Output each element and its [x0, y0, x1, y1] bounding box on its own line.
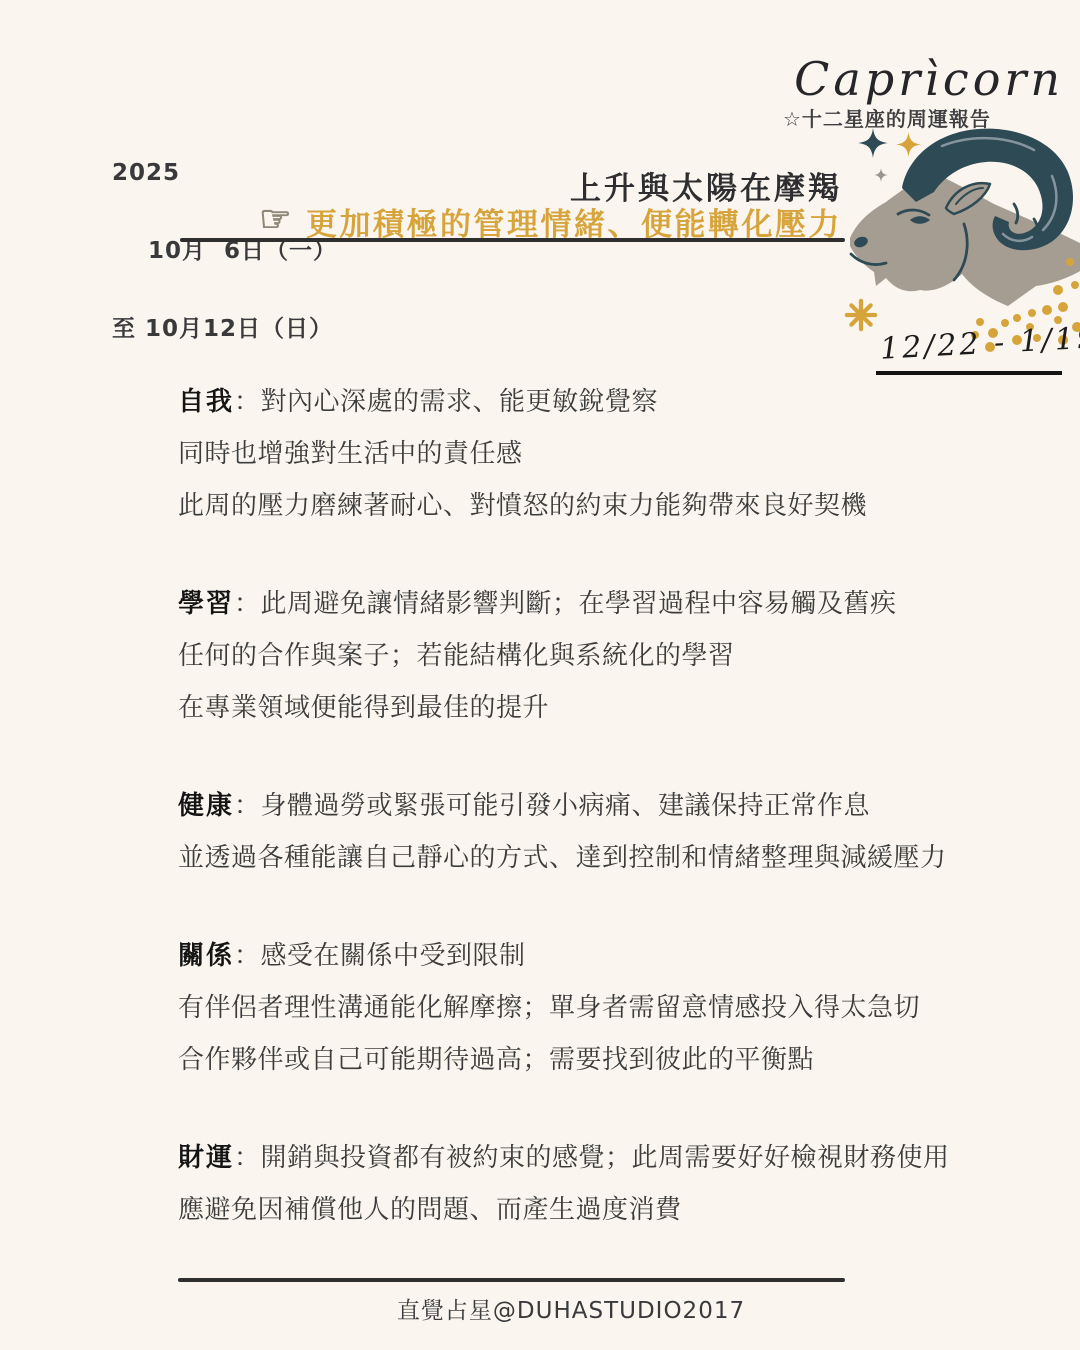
section-line: ：身體過勞或緊張可能引發小病痛、建議保持正常作息: [234, 791, 870, 821]
sparkle-icon: [874, 168, 888, 182]
section-health: 健康：身體過勞或緊張可能引發小病痛、建議保持正常作息 並透過各種能讓自己靜心的方…: [178, 780, 978, 884]
pointing-finger-icon: ☞: [259, 199, 294, 240]
section-line: 並透過各種能讓自己靜心的方式、達到控制和情緒整理與減緩壓力: [178, 832, 978, 884]
section-line: 任何的合作與案子；若能結構化與系統化的學習: [178, 630, 978, 682]
section-label: 關係: [178, 941, 234, 971]
year-label: 2025: [112, 160, 337, 186]
section-self: 自我：對內心深處的需求、能更敏銳覺察 同時也增強對生活中的責任感 此周的壓力磨練…: [178, 376, 978, 532]
section-relationship: 關係：感受在關係中受到限制 有伴侶者理性溝通能化解摩擦；單身者需留意情感投入得太…: [178, 930, 978, 1086]
section-line: ：此周避免讓情緒影響判斷；在學習過程中容易觸及舊疾: [234, 589, 897, 619]
footer-credit: 直覺占星@DUHASTUDIO2017: [397, 1292, 745, 1325]
section-line: 此周的壓力磨練著耐心、對憤怒的約束力能夠帶來良好契機: [178, 480, 978, 532]
header-divider: [180, 238, 845, 242]
section-study: 學習：此周避免讓情緒影響判斷；在學習過程中容易觸及舊疾 任何的合作與案子；若能結…: [178, 578, 978, 734]
section-label: 健康: [178, 791, 234, 821]
section-label: 學習: [178, 589, 234, 619]
sign-title: Caprìcorn: [794, 52, 1064, 106]
section-line: ：感受在關係中受到限制: [234, 941, 526, 971]
section-line: ：開銷與投資都有被約束的感覺；此周需要好好檢視財務使用: [234, 1143, 950, 1173]
forecast-content: 自我：對內心深處的需求、能更敏銳覺察 同時也增強對生活中的責任感 此周的壓力磨練…: [178, 376, 978, 1282]
section-line: 應避免因補償他人的問題、而產生過度消費: [178, 1184, 978, 1236]
sparkle-icon: [858, 128, 888, 158]
section-line: 同時也增強對生活中的責任感: [178, 428, 978, 480]
sign-date-underline: [876, 371, 1062, 375]
horoscope-poster: Caprìcorn ☆十二星座的周運報告 2025 10月 6日（一） 至 10…: [0, 0, 1080, 1350]
section-label: 自我: [178, 387, 234, 417]
section-line: 在專業領域便能得到最佳的提升: [178, 682, 978, 734]
week-end-date: 至 10月12日（日）: [112, 316, 337, 342]
section-wealth: 財運：開銷與投資都有被約束的感覺；此周需要好好檢視財務使用 應避免因補償他人的問…: [178, 1132, 978, 1236]
sparkle-icon: [896, 132, 921, 157]
section-line: 有伴侶者理性溝通能化解摩擦；單身者需留意情感投入得太急切: [178, 982, 978, 1034]
section-line: 合作夥伴或自己可能期待過高；需要找到彼此的平衡點: [178, 1034, 978, 1086]
section-line: ：對內心深處的需求、能更敏銳覺察: [234, 387, 658, 417]
footer-divider: [178, 1278, 845, 1282]
week-date-block: 2025 10月 6日（一） 至 10月12日（日）: [112, 108, 337, 394]
sign-date-range: 12/22 - 1/19: [879, 320, 1080, 366]
eight-ray-star-icon: [844, 298, 878, 332]
section-label: 財運: [178, 1143, 234, 1173]
